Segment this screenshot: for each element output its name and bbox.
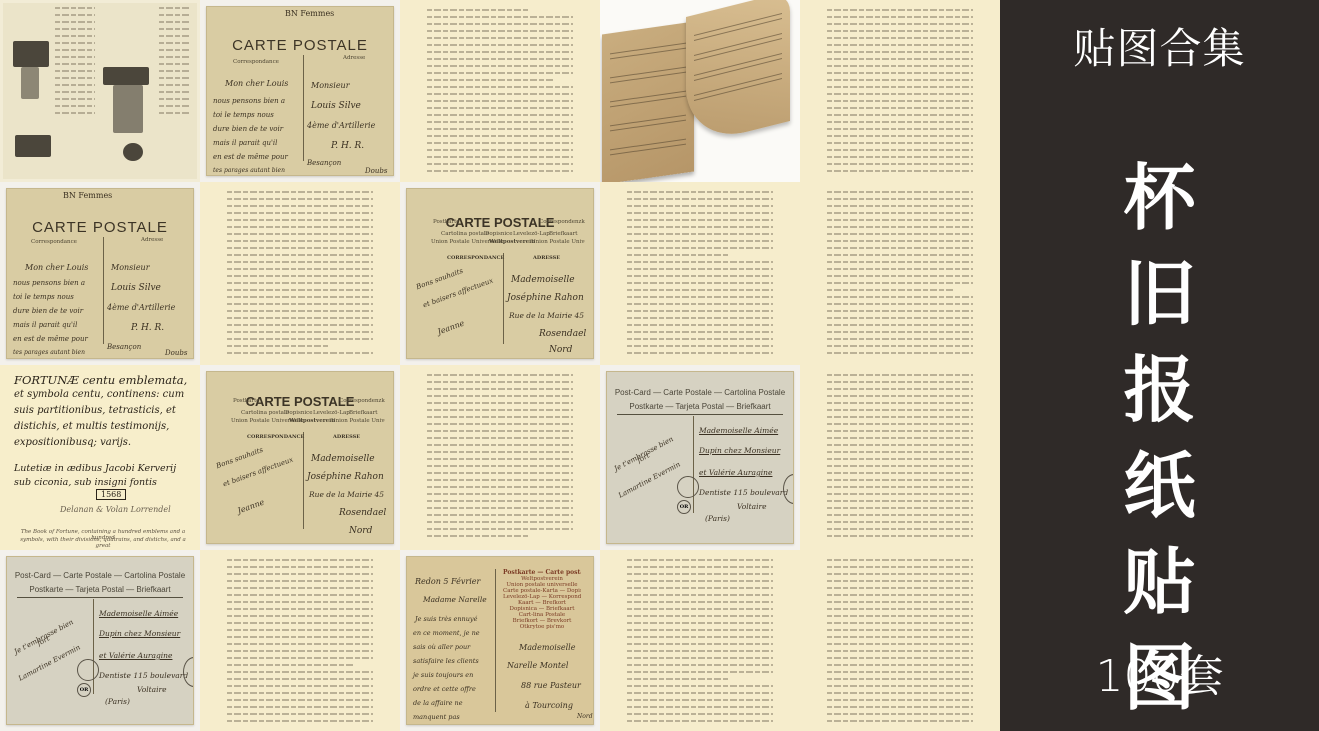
address-line: Doubs: [365, 167, 387, 175]
title-line: expositionibusq; varijs.: [14, 437, 131, 448]
address-line: Mademoiselle Aimée: [699, 426, 778, 435]
address-heading: ADRESSE: [533, 255, 560, 261]
postcard-language-label: Briefkaart: [549, 231, 585, 237]
address-line: Doubs: [165, 349, 187, 357]
postmark-icon: OR: [677, 500, 691, 514]
address-line: Mademoiselle: [511, 275, 575, 285]
message-line: dure bien de te voir: [13, 307, 83, 315]
postmark-icon: [183, 657, 194, 687]
address-line: Mademoiselle Aimée: [99, 609, 178, 618]
postcard-language-label: Correspondenzkarte: [339, 398, 385, 404]
address-line: Mademoiselle: [311, 454, 375, 464]
polyglot-header-line: Postkarte — Carte postale: [503, 569, 581, 576]
message-line: toi le temps nous: [13, 293, 74, 301]
postcard-thumbnail: BN Femmes CARTE POSTALE Correspondance A…: [200, 0, 400, 182]
postmark-icon: OR: [77, 683, 91, 697]
title-line: Lutetiæ in ædibus Jacobi Kerverij: [14, 463, 176, 474]
postcard-subtitle: Adresse: [141, 237, 185, 243]
message-line: nous pensons bien a: [213, 97, 285, 105]
address-line: P. H. R.: [331, 141, 364, 151]
vertical-title-char: 贴: [1123, 534, 1195, 630]
message-line: Bons souhaits: [415, 267, 464, 291]
address-line: Louis Silve: [111, 283, 161, 293]
address-line: Rosendael: [339, 508, 386, 518]
address-line: Dupin chez Monsieur: [699, 446, 780, 455]
book-page-thumbnail: [800, 550, 1000, 731]
postcard-thumbnail: CARTE POSTALE Postkarte Correspondenzkar…: [200, 365, 400, 550]
postcard-subtitle: Adresse: [343, 55, 385, 61]
title-sidebar: 贴图合集 杯 旧 报 纸 贴 图 100套: [1000, 0, 1319, 731]
message-line: mais il parait qu'il: [13, 321, 77, 329]
title-line: suis partitionibus, tetrasticis, et: [14, 405, 176, 416]
vertical-title-char: 杯: [1123, 150, 1195, 246]
postmark-icon: [783, 474, 794, 504]
address-line: Mademoiselle: [519, 643, 575, 652]
book-page-thumbnail: [600, 550, 800, 731]
address-line: Rosendael: [539, 329, 586, 339]
message-line: tes parages autant bien: [213, 167, 285, 174]
postcard-title: CARTE POSTALE: [7, 219, 193, 236]
year-box: 1568: [96, 489, 126, 500]
postcard-note: BN Femmes: [285, 9, 334, 18]
postcard-title: CARTE POSTALE: [207, 37, 393, 54]
message-line: Jeanne: [236, 498, 265, 516]
postcard-thumbnail: Post-Card — Carte Postale — Cartolina Po…: [0, 550, 200, 731]
message-line: tes parages autant bien: [13, 349, 85, 356]
postcard-language-label: Union Postale Universelle: [331, 418, 385, 424]
address-line: Besançon: [107, 343, 141, 351]
address-line: Dupin chez Monsieur: [99, 629, 180, 638]
collection-title: 贴图合集: [1000, 16, 1319, 76]
address-line: à Tourcoing: [525, 701, 573, 710]
book-page-thumbnail: [600, 182, 800, 365]
book-page-thumbnail: [800, 0, 1000, 182]
message-line: toi le temps nous: [213, 111, 274, 119]
message-line: satisfaire les clients: [413, 657, 479, 665]
address-line: Dentiste 115 boulevard: [99, 671, 188, 680]
postcard-header-line: Post-Card — Carte Postale — Cartolina Po…: [7, 571, 193, 580]
postmark-icon: [677, 476, 699, 498]
message-line: ordre et cette offre: [413, 685, 476, 693]
address-line: Rue de la Mairie 45: [509, 311, 584, 320]
postmark-icon: [77, 659, 99, 681]
address-line: Louis Silve: [311, 101, 361, 111]
message-line: nous pensons bien a: [13, 279, 85, 287]
address-line: Nord: [549, 345, 572, 355]
polyglot-header-line: Otkrytoe pis'mo: [503, 624, 581, 630]
correspondance-heading: CORRESPONDANCE: [447, 255, 504, 261]
title-line: distichis, et multis testimonijs,: [14, 421, 169, 432]
address-line: Monsieur: [111, 263, 150, 272]
message-line: Jeanne: [436, 319, 465, 337]
message-line: je suis toujours en: [413, 671, 473, 679]
message-line: dure bien de te voir: [213, 125, 283, 133]
address-line: (Paris): [705, 514, 730, 523]
correspondance-heading: CORRESPONDANCE: [247, 434, 304, 440]
postcard-header-line: Post-Card — Carte Postale — Cartolina Po…: [607, 388, 793, 397]
address-line: Monsieur: [311, 81, 350, 90]
book-page-thumbnail: [200, 550, 400, 731]
message-line: de la affaire ne: [413, 699, 463, 707]
postcard-language-label: Correspondenzkarte: [539, 219, 585, 225]
book-page-thumbnail: [200, 182, 400, 365]
postcard-thumbnail: Postkarte — Carte postale Weltpostverein…: [400, 550, 600, 731]
message-line: Mon cher Louis: [225, 79, 288, 88]
title-line: sub ciconia, sub insigni fontis: [14, 477, 157, 488]
fortune-title-page-thumbnail: FORTUNÆ centu emblemata, et symbola cent…: [0, 365, 200, 550]
message-line: Redon 5 Février: [415, 577, 480, 586]
signature: Delanan & Volan Lorrendel: [60, 505, 171, 514]
address-line: Rue de la Mairie 45: [309, 490, 384, 499]
postcard-language-label: Union Postale Universelle: [531, 239, 585, 245]
message-line: Bons souhaits: [215, 446, 264, 470]
book-page-thumbnail: [800, 182, 1000, 365]
address-line: Dentiste 115 boulevard: [699, 488, 788, 497]
book-page-thumbnail: [800, 365, 1000, 550]
address-line: (Paris): [105, 697, 130, 706]
vertical-title-char: 报: [1123, 342, 1195, 438]
set-count: 100套: [1000, 640, 1319, 704]
vertical-title-char: 旧: [1123, 246, 1195, 342]
message-line: Madame Narelle: [423, 595, 487, 604]
address-line: Nord: [577, 713, 593, 720]
message-line: en est de même pour: [213, 153, 288, 161]
caption-line: symbols, with their divisions, quatrains…: [14, 537, 192, 549]
address-line: Narelle Montel: [507, 661, 568, 670]
book-right-page: [686, 0, 790, 147]
postcard-thumbnail: Post-Card — Carte Postale — Cartolina Po…: [600, 365, 800, 550]
vertical-title-char: 纸: [1123, 438, 1195, 534]
postcard-language-label: Briefkaart: [349, 410, 385, 416]
address-line: Joséphine Rahon: [507, 293, 584, 303]
book-page-thumbnail: [400, 0, 600, 182]
address-line: Besançon: [307, 159, 341, 167]
newspaper-thumbnail: [0, 0, 200, 182]
address-line: 88 rue Pasteur: [521, 681, 581, 690]
music-book-thumbnail: [600, 0, 800, 182]
message-line: manquent pas: [413, 713, 460, 721]
title-line: FORTUNÆ centu emblemata,: [14, 373, 187, 387]
address-line: Voltaire: [737, 502, 767, 511]
postcard-note: BN Femmes: [63, 191, 112, 200]
message-line: en ce moment, je ne: [413, 629, 480, 637]
book-left-page: [602, 22, 694, 182]
sewing-machine-illustration: [103, 67, 149, 85]
message-line: sais où aller pour: [413, 643, 470, 651]
postcard-thumbnail: BN Femmes CARTE POSTALE Correspondance A…: [0, 182, 200, 365]
postcard-header-line: Postkarte — Tarjeta Postal — Briefkaart: [607, 402, 793, 411]
address-line: et Valérie Auragine: [99, 651, 172, 660]
address-line: 4ème d'Artillerie: [107, 303, 175, 312]
postcard-thumbnail: CARTE POSTALE Postkarte Correspondenzkar…: [400, 182, 600, 365]
message-line: Mon cher Louis: [25, 263, 88, 272]
address-line: P. H. R.: [131, 323, 164, 333]
message-line: mais il parait qu'il: [213, 139, 277, 147]
address-line: Nord: [349, 526, 372, 536]
address-line: Voltaire: [137, 685, 167, 694]
address-line: et Valérie Auragine: [699, 468, 772, 477]
book-page-thumbnail: [400, 365, 600, 550]
address-line: 4ème d'Artillerie: [307, 121, 375, 130]
thumbnail-grid: BN Femmes CARTE POSTALE Correspondance A…: [0, 0, 1000, 731]
address-heading: ADRESSE: [333, 434, 360, 440]
message-line: en est de même pour: [13, 335, 88, 343]
message-line: Je suis très ennuyé: [415, 615, 477, 623]
sewing-machine-illustration: [13, 41, 49, 67]
postcard-header-line: Postkarte — Tarjeta Postal — Briefkaart: [7, 585, 193, 594]
address-line: Joséphine Rahon: [307, 472, 384, 482]
title-line: et symbola centu, continens: cum: [14, 389, 184, 400]
